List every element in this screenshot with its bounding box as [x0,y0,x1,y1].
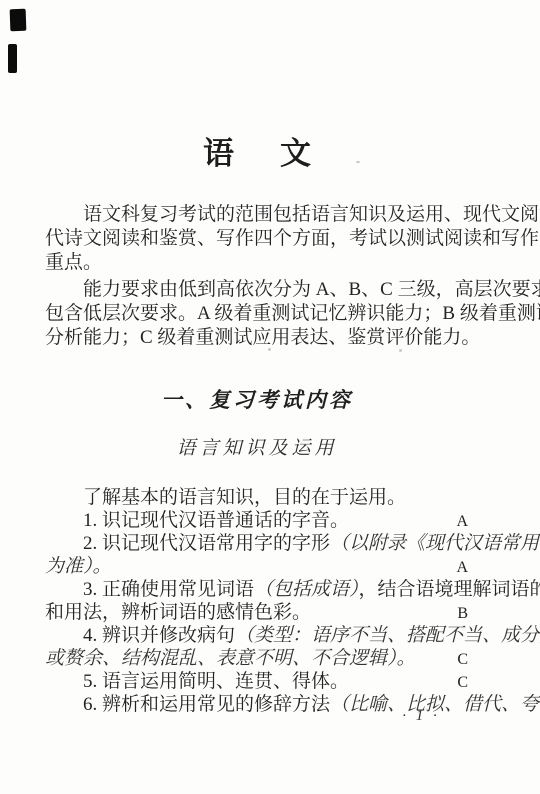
scope-paragraph: 语文科复习考试的范围包括语言知识及运用、现代文阅读、古代诗文阅读和鉴赏、写作四个… [45,203,469,275]
grade-letter: C [457,671,468,694]
grade-letter: B [457,602,468,625]
grade-letter: A [456,556,468,579]
grade-letter: A [456,510,468,533]
syllabus-line: 或赘余、结构混乱、表意不明、不合逻辑）。C [45,647,469,670]
syllabus-line: 3. 正确使用常见词语（包括成语），结合语境理解词语的含义 [45,578,469,601]
syllabus-line: 1. 识记现代汉语普通话的字音。A [45,509,469,532]
scan-artifact [8,44,17,73]
kaiti-text: （以附录《现代汉语常用字表》 [330,533,540,554]
body-text: 和用法，辨析词语的感情色彩。 [45,602,311,623]
syllabus-list: 了解基本的语言知识，目的在于运用。1. 识记现代汉语普通话的字音。A2. 识记现… [45,486,469,716]
page-number: · 1 · [398,708,444,725]
section-heading: 一、复习考试内容 [45,384,469,414]
kaiti-text: （包括成语） [254,579,359,600]
title-char: 文 [280,136,311,171]
body-text: 2. 识记现代汉语常用字的字形 [83,533,330,554]
syllabus-line: 为准）。A [45,555,469,578]
text-line: 能力要求由低到高依次分为 A、B、C 三级，高层次要求一般 [45,278,469,302]
text-line: 分析能力；C 级着重测试应用表达、鉴赏评价能力。 [45,326,469,350]
body-text: 1. 识记现代汉语普通话的字音。 [83,510,349,531]
syllabus-line: 5. 语言运用简明、连贯、得体。C [45,670,469,693]
body-text: 5. 语言运用简明、连贯、得体。 [83,671,349,692]
syllabus-line: 2. 识记现代汉语常用字的字形（以附录《现代汉语常用字表》 [45,532,469,555]
text-line: 代诗文阅读和鉴赏、写作四个方面，考试以测试阅读和写作能力为 [45,227,469,251]
text-line: 语文科复习考试的范围包括语言知识及运用、现代文阅读、古 [45,203,469,227]
body-text: 3. 正确使用常见词语 [83,579,254,600]
ability-paragraph: 能力要求由低到高依次分为 A、B、C 三级，高层次要求一般包含低层次要求。A 级… [45,278,469,350]
syllabus-line: 了解基本的语言知识，目的在于运用。 [45,486,469,509]
body-text: 4. 辨识并修改病句 [83,625,235,646]
text-line: 包含低层次要求。A 级着重测试记忆辨识能力；B 级着重测试理解 [45,302,469,326]
title-char: 语 [203,136,234,171]
syllabus-line: 4. 辨识并修改病句（类型：语序不当、搭配不当、成分残缺 [45,624,469,647]
body-text: 了解基本的语言知识，目的在于运用。 [83,487,406,508]
scan-artifact [10,9,27,32]
kaiti-text: 为准）。 [45,556,112,577]
book-page: 语文 语文科复习考试的范围包括语言知识及运用、现代文阅读、古代诗文阅读和鉴赏、写… [0,0,540,794]
body-text: ，结合语境理解词语的含义 [359,579,540,600]
page-title: 语文 [45,134,469,174]
syllabus-line: 和用法，辨析词语的感情色彩。B [45,601,469,624]
kaiti-text: 或赘余、结构混乱、表意不明、不合逻辑）。 [45,648,416,669]
subsection-heading: 语言知识及运用 [45,433,469,460]
grade-letter: C [457,648,468,671]
body-text: 6. 辨析和运用常见的修辞方法 [83,694,330,715]
text-line: 重点。 [45,251,469,275]
kaiti-text: （类型：语序不当、搭配不当、成分残缺 [235,625,540,646]
